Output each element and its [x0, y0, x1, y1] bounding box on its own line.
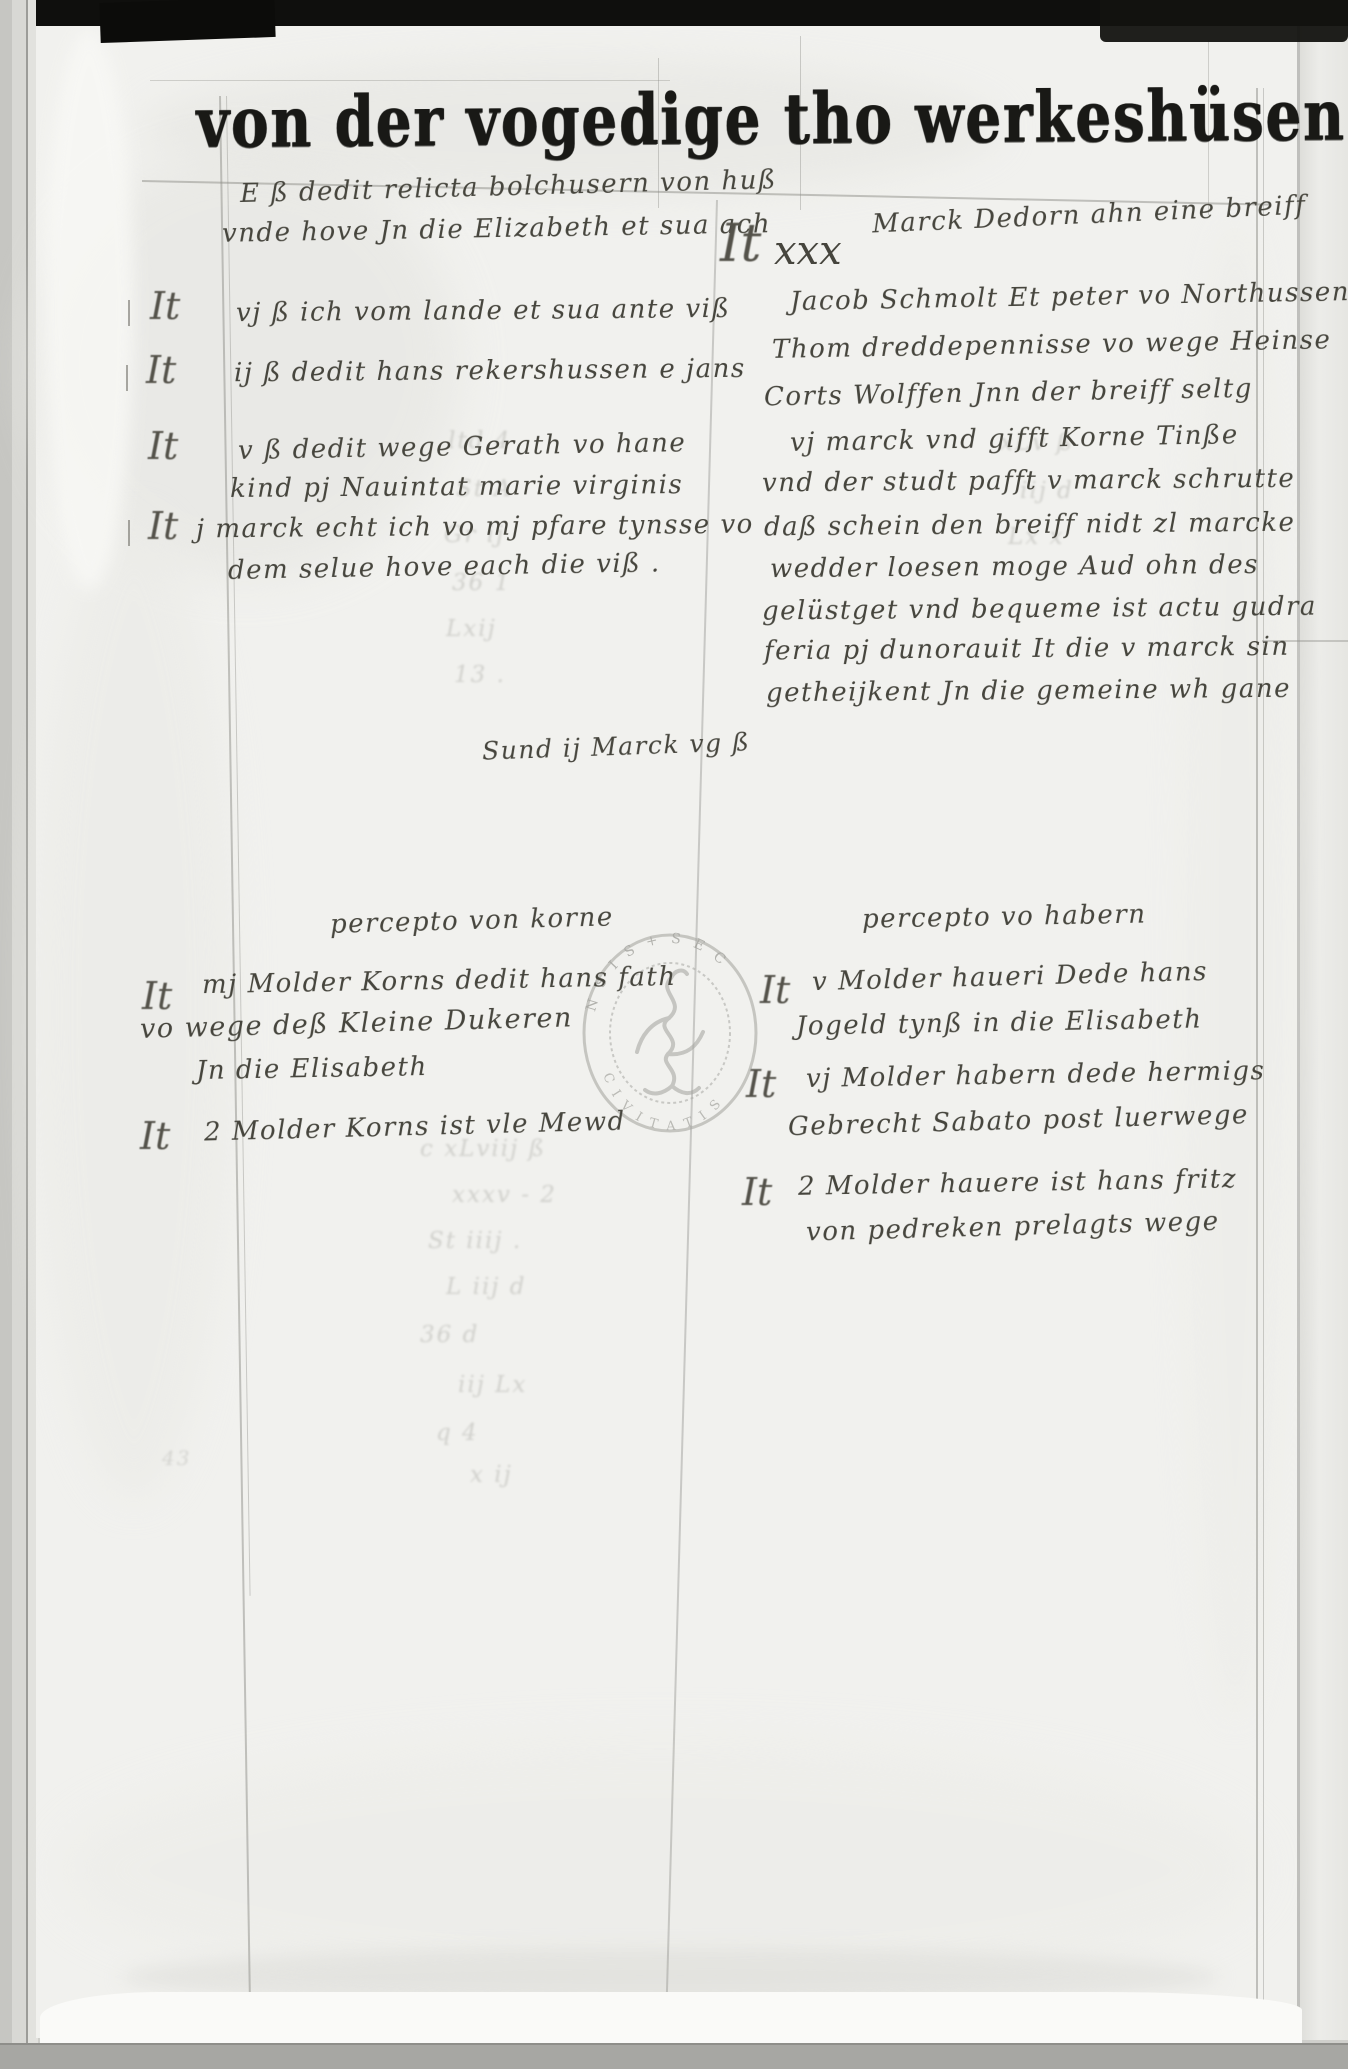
ledger-line: Jn die Elisabeth: [196, 1052, 428, 1086]
bleedthrough-text: L iij d: [446, 1274, 526, 1300]
item-margin-mark: It: [760, 968, 790, 1012]
page-title: von der vogedige tho werkeshüsen: [196, 74, 1346, 164]
ledger-line: gelüstget vnd bequeme ist actu gudra: [762, 592, 1317, 627]
top-black-bar-right: [1100, 0, 1348, 42]
ledger-line: wedder loesen moge Aud ohn des: [770, 550, 1259, 584]
item-margin-mark: It: [140, 1114, 170, 1158]
ledger-line: j marck echt ich vo mj pfare tynsse vo: [196, 510, 754, 545]
amount-roman: xxx: [774, 228, 842, 274]
stain-left-edge-highlight: [44, 30, 134, 590]
ledger-line: ij ß dedit hans rekershussen e jans: [234, 354, 746, 388]
bleedthrough-text: xxxv - 2: [452, 1182, 557, 1208]
item-margin-mark: It: [146, 348, 176, 392]
margin-stroke: [128, 300, 130, 326]
bleedthrough-corner-mark: 43: [162, 1446, 191, 1470]
bottom-table-strip: [0, 2043, 1348, 2069]
ledger-line: kind pj Nauintat marie virginis: [230, 470, 684, 504]
under-page-edge: [40, 1992, 1302, 2044]
margin-stroke: [126, 365, 128, 391]
bleedthrough-text: q 4: [436, 1420, 479, 1446]
backing-band-outer: [0, 0, 12, 2069]
item-margin-mark: It: [746, 1062, 776, 1106]
ledger-line: vj ß ich vom lande et sua ante viß: [236, 294, 731, 328]
bleedthrough-text: iij Lx: [458, 1372, 527, 1398]
backing-band-mid: [12, 0, 26, 2069]
margin-stroke: [128, 520, 130, 546]
item-margin-mark: It: [742, 1170, 772, 1214]
bleedthrough-text: 13 .: [454, 662, 506, 688]
stain-left-strip: [34, 520, 234, 1500]
ledger-line: feria pj dunorauit It die v marck sin: [764, 632, 1290, 667]
item-margin-mark: It: [148, 504, 178, 548]
bleedthrough-text: x ij: [470, 1462, 513, 1488]
manuscript-scan: ltd 4 St A Gr ij 36 1 Lxij 13 . xLv ß ii…: [0, 0, 1348, 2069]
item-margin-mark: It: [148, 424, 178, 468]
bleedthrough-text: Lxij: [446, 616, 497, 642]
top-black-bar-blob: [99, 0, 275, 43]
ledger-line: getheijkent Jn die gemeine wh gane: [766, 674, 1291, 709]
bleedthrough-text: St iiij .: [428, 1228, 522, 1254]
ledger-line: vnd der studt pafft v marck schrutte: [762, 464, 1296, 499]
bleedthrough-text: 36 d: [420, 1322, 479, 1348]
section-header-haber: percepto vo habern: [862, 900, 1147, 935]
ledger-line: daß schein den breiff nidt zl marcke: [764, 508, 1296, 543]
item-margin-mark: It: [150, 284, 180, 328]
item-margin-mark: It: [142, 974, 172, 1018]
item-margin-mark: It: [720, 214, 761, 274]
